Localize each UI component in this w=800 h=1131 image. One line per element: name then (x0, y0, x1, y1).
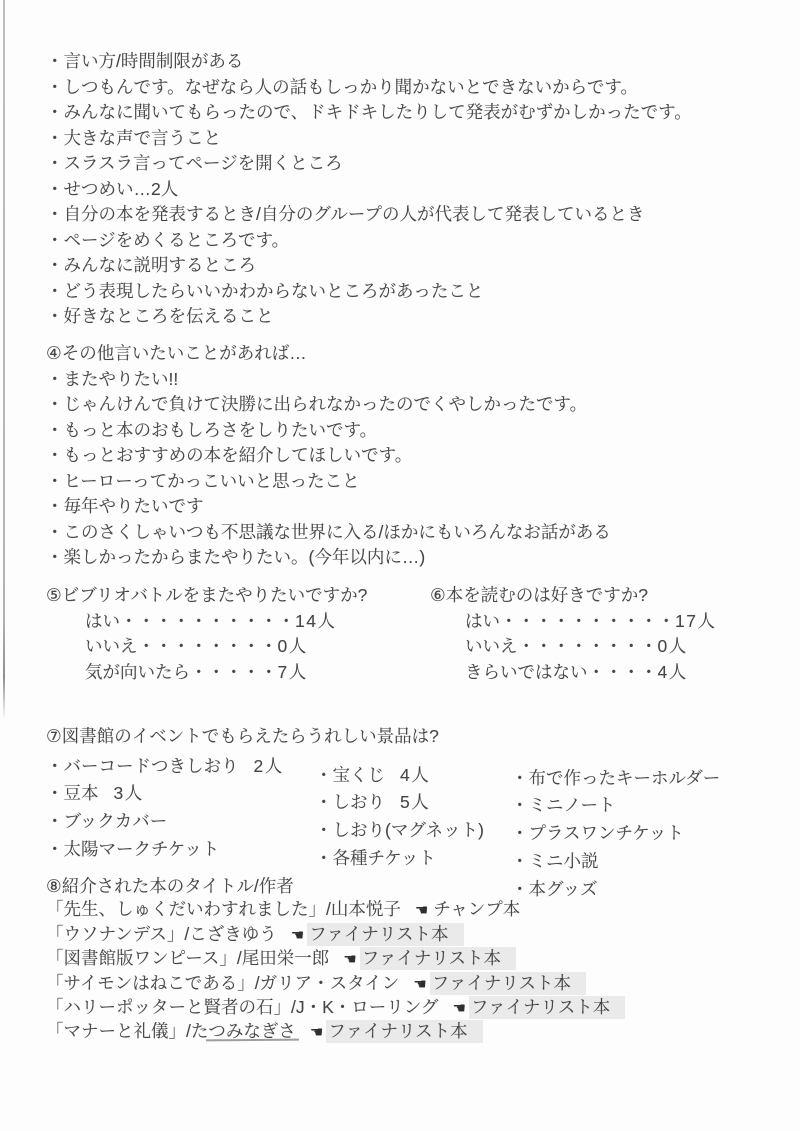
book-tag-finalist: ファイナリスト本 (360, 947, 516, 970)
list-item: ・自分の本を発表するとき/自分のグループの人が代表して発表しているとき (46, 202, 692, 228)
answer-count: 17人 (675, 611, 716, 631)
prize-item: ・バーコードつきしおり2人 (46, 753, 315, 781)
list-item: ・スラスラ言ってページを開くところ (46, 151, 692, 177)
bullet-glyph: ・ (511, 848, 529, 876)
list-item-text: 楽しかったからまたやりたい。(今年以内に…) (64, 547, 426, 567)
answer-row: いいえ・・・・・・・・0人 (430, 634, 716, 660)
book-tag-finalist: ファイナリスト本 (469, 996, 625, 1019)
list-item: ・このさくしゃいつも不思議な世界に入る/ほかにもいろんなお話がある (46, 520, 611, 546)
book-tag-champ: チャンプ本 (431, 898, 522, 921)
bullet-glyph: ・ (46, 780, 64, 808)
scanned-document-page: ・言い方/時間制限がある ・しつもんです。なぜなら人の話もしっかり聞かないとでき… (0, 0, 800, 1131)
section-q6-heading: ⑥本を読むのは好きですか? (430, 583, 716, 609)
prize-item: ・しおり5人 (315, 789, 511, 817)
scan-edge-line (3, 0, 5, 720)
list-item-text: ページをめくるところです。 (64, 230, 290, 250)
bullet-glyph: ・ (511, 765, 529, 793)
prize-item: ・ミニノート (511, 792, 720, 820)
list-item: ・みんなに聞いてもらったので、ドキドキしたりして発表がむずかしかったです。 (46, 100, 692, 126)
list-item: ・しつもんです。なぜなら人の話もしっかり聞かないとできないからです。 (46, 75, 692, 101)
list-item: ・言い方/時間制限がある (46, 49, 692, 75)
answer-count: 0人 (278, 636, 308, 656)
book-title-author: 「先生、しゅくだいわすれました」/山本悦子 (46, 899, 401, 919)
prize-label: ブックカバー (64, 811, 168, 831)
section-q5-heading: ⑤ビブリオバトルをまたやりたいですか? (46, 583, 367, 609)
list-item: ・どう表現したらいいかわからないところがあったこと (46, 279, 692, 305)
bullet-glyph: ・ (46, 469, 64, 495)
bullet-glyph: ・ (46, 253, 64, 279)
list-item-text: じゃんけんで負けて決勝に出られなかったのでくやしかったです。 (64, 394, 588, 414)
answer-row: はい・・・・・・・・・・14人 (46, 609, 367, 635)
section-q6-like-reading: ⑥本を読むのは好きですか? はい・・・・・・・・・・17人 いいえ・・・・・・・… (430, 583, 716, 685)
pointing-hand-icon: ☚ (310, 1024, 323, 1041)
prize-item: ・ブックカバー (46, 808, 315, 836)
prize-item: ・各種チケット (315, 845, 511, 873)
bullet-glyph: ・ (46, 49, 64, 75)
bullet-glyph: ・ (46, 279, 64, 305)
prize-label: 宝くじ (333, 765, 386, 785)
book-row: 「図書館版ワンピース」/尾田栄一郎☚ファイナリスト本 (46, 947, 625, 971)
list-item: ・ページをめくるところです。 (46, 228, 692, 254)
dot-leader: ・・・・・ (190, 662, 278, 682)
pointing-hand-icon: ☚ (343, 951, 356, 968)
pointing-hand-icon: ☚ (291, 927, 304, 944)
bullet-glyph: ・ (46, 836, 64, 864)
prize-item: ・ミニ小説 (511, 848, 720, 876)
book-tag-finalist: ファイナリスト本 (326, 1020, 482, 1043)
section-q8-presented-books: ⑧紹介された本のタイトル/作者 「先生、しゅくだいわすれました」/山本悦子☚チャ… (46, 875, 625, 1045)
bullet-glyph: ・ (315, 845, 333, 873)
list-item-text: どう表現したらいいかわからないところがあったこと (64, 281, 484, 301)
book-row: 「サイモンはねこである」/ガリア・スタイン☚ファイナリスト本 (46, 972, 625, 996)
section-q4-other-comments: ④その他言いたいことがあれば… ・またやりたい!! ・じゃんけんで負けて決勝に出… (46, 341, 611, 571)
bullet-glyph: ・ (46, 202, 64, 228)
list-item-text: 毎年やりたいです (64, 496, 204, 516)
section-q8-heading: ⑧紹介された本のタイトル/作者 (46, 875, 625, 898)
prize-item: ・プラスワンチケット (511, 820, 720, 848)
list-item-text: せつめい…2人 (64, 179, 179, 199)
bullet-glyph: ・ (46, 177, 64, 203)
prize-label: ミニ小説 (529, 851, 599, 871)
pointing-hand-icon: ☚ (452, 1000, 465, 1017)
bullet-glyph: ・ (46, 304, 64, 330)
answer-label: いいえ (465, 636, 518, 656)
answer-label: いいえ (85, 636, 138, 656)
prize-label: 布で作ったキーホルダー (529, 768, 721, 788)
answer-row: 気が向いたら・・・・・7人 (46, 660, 367, 686)
answer-count: 0人 (658, 636, 688, 656)
list-item-text: 自分の本を発表するとき/自分のグループの人が代表して発表しているとき (64, 204, 645, 224)
bullet-glyph: ・ (315, 762, 333, 790)
list-item-text: 大きな声で言うこと (64, 128, 222, 148)
bullet-glyph: ・ (315, 789, 333, 817)
list-item-text: 言い方/時間制限がある (64, 51, 244, 71)
dot-leader: ・・・・・・・・・・ (500, 611, 675, 631)
pointing-hand-icon: ☚ (413, 976, 426, 993)
section-q5-repeat-bibliobattle: ⑤ビブリオバトルをまたやりたいですか? はい・・・・・・・・・・14人 いいえ・… (46, 583, 367, 685)
list-item: ・毎年やりたいです (46, 494, 611, 520)
list-item: ・ヒーローってかっこいいと思ったこと (46, 469, 611, 495)
answer-row: いいえ・・・・・・・・0人 (46, 634, 367, 660)
book-title-author: 「マナーと礼儀」/たつみなぎさ (46, 1021, 296, 1041)
bullet-glyph: ・ (46, 443, 64, 469)
prize-label: プラスワンチケット (529, 823, 684, 843)
dot-leader: ・・・・・・・・・・ (120, 611, 295, 631)
list-item-text: みんなに説明するところ (64, 255, 257, 275)
bullet-glyph: ・ (46, 753, 64, 781)
list-item-text: ヒーローってかっこいいと思ったこと (64, 471, 360, 491)
book-title-author: 「図書館版ワンピース」/尾田栄一郎 (46, 948, 329, 968)
answer-count: 14人 (295, 611, 336, 631)
list-item: ・大きな声で言うこと (46, 126, 692, 152)
prize-item: ・布で作ったキーホルダー (511, 765, 720, 793)
prize-item: ・豆本3人 (46, 780, 315, 808)
book-row: 「ウソナンデス」/こざきゆう☚ファイナリスト本 (46, 923, 625, 947)
list-item-text: またやりたい!! (64, 369, 179, 389)
bullet-glyph: ・ (315, 817, 333, 845)
list-item-text: しつもんです。なぜなら人の話もしっかり聞かないとできないからです。 (64, 77, 639, 97)
list-item-text: 好きなところを伝えること (64, 306, 274, 326)
list-item: ・またやりたい!! (46, 367, 611, 393)
prize-item: ・太陽マークチケット (46, 836, 315, 864)
list-item: ・好きなところを伝えること (46, 304, 692, 330)
prize-count: 3人 (114, 783, 144, 803)
section-q4-heading: ④その他言いたいことがあれば… (46, 341, 611, 367)
answer-label: はい (465, 611, 500, 631)
book-tag-finalist: ファイナリスト本 (430, 972, 586, 995)
bullet-glyph: ・ (46, 520, 64, 546)
answer-row: はい・・・・・・・・・・17人 (430, 609, 716, 635)
list-item: ・みんなに説明するところ (46, 253, 692, 279)
answer-row: きらいではない・・・・4人 (430, 660, 716, 686)
list-item-text: みんなに聞いてもらったので、ドキドキしたりして発表がむずかしかったです。 (64, 102, 692, 122)
q5-answers: はい・・・・・・・・・・14人 いいえ・・・・・・・・0人 気が向いたら・・・・… (46, 609, 367, 686)
prize-label: 各種チケット (333, 848, 436, 868)
bullet-glyph: ・ (511, 792, 529, 820)
bullet-glyph: ・ (46, 126, 64, 152)
dot-leader: ・・・・・・・・ (518, 636, 658, 656)
bullet-glyph: ・ (46, 418, 64, 444)
bullet-glyph: ・ (46, 494, 64, 520)
list-item: ・じゃんけんで負けて決勝に出られなかったのでくやしかったです。 (46, 392, 611, 418)
answer-label: きらいではない (465, 662, 588, 682)
list-item-text: スラスラ言ってページを開くところ (64, 153, 343, 173)
list-item: ・楽しかったからまたやりたい。(今年以内に…) (46, 545, 611, 571)
bullet-glyph: ・ (46, 545, 64, 571)
list-item-text: もっとおすすめの本を紹介してほしいです。 (64, 445, 413, 465)
q6-answers: はい・・・・・・・・・・17人 いいえ・・・・・・・・0人 きらいではない・・・… (430, 609, 716, 686)
prize-label: バーコードつきしおり (64, 756, 239, 776)
answer-count: 7人 (278, 662, 308, 682)
book-row: 「マナーと礼儀」/たつみなぎさ☚ファイナリスト本 (46, 1020, 625, 1044)
list-item-text: もっと本のおもしろさをしりたいです。 (64, 420, 378, 440)
prize-count: 4人 (400, 765, 430, 785)
prize-label: しおり(マグネット) (333, 820, 484, 840)
answer-label: 気が向いたら (85, 662, 190, 682)
bullet-glyph: ・ (46, 75, 64, 101)
prize-label: 太陽マークチケット (64, 839, 220, 859)
bullet-glyph: ・ (46, 367, 64, 393)
bullet-glyph: ・ (511, 820, 529, 848)
bullet-glyph: ・ (46, 151, 64, 177)
list-item: ・もっとおすすめの本を紹介してほしいです。 (46, 443, 611, 469)
bullet-glyph: ・ (46, 808, 64, 836)
prize-item: ・宝くじ4人 (315, 762, 511, 790)
answer-count: 4人 (658, 662, 688, 682)
prize-count: 2人 (254, 756, 284, 776)
bullet-glyph: ・ (46, 228, 64, 254)
list-item: ・せつめい…2人 (46, 177, 692, 203)
dot-leader: ・・・・・・・・ (138, 636, 278, 656)
answer-label: はい (85, 611, 120, 631)
list-item: ・もっと本のおもしろさをしりたいです。 (46, 418, 611, 444)
book-row: 「ハリーポッターと賢者の石」/J・K・ローリング☚ファイナリスト本 (46, 996, 625, 1020)
book-title-author: 「サイモンはねこである」/ガリア・スタイン (46, 973, 399, 993)
section-q7-heading: ⑦図書館のイベントでもらえたらうれしい景品は? (46, 724, 720, 750)
feedback-bullet-list: ・言い方/時間制限がある ・しつもんです。なぜなら人の話もしっかり聞かないとでき… (46, 49, 692, 330)
list-item-text: このさくしゃいつも不思議な世界に入る/ほかにもいろんなお話がある (64, 522, 611, 542)
prize-count: 5人 (400, 792, 430, 812)
prize-item: ・しおり(マグネット) (315, 817, 511, 845)
bullet-glyph: ・ (46, 392, 64, 418)
dot-leader: ・・・・ (588, 662, 658, 682)
prize-label: しおり (333, 792, 386, 812)
bullet-glyph: ・ (46, 100, 64, 126)
book-title-author: 「ハリーポッターと賢者の石」/J・K・ローリング (46, 997, 438, 1017)
book-tag-finalist: ファイナリスト本 (307, 923, 463, 946)
book-row: 「先生、しゅくだいわすれました」/山本悦子☚チャンプ本 (46, 898, 625, 922)
pointing-hand-icon: ☚ (415, 902, 428, 919)
prize-label: 豆本 (64, 783, 99, 803)
prize-label: ミニノート (529, 795, 616, 815)
book-title-author: 「ウソナンデス」/こざきゆう (46, 924, 277, 944)
